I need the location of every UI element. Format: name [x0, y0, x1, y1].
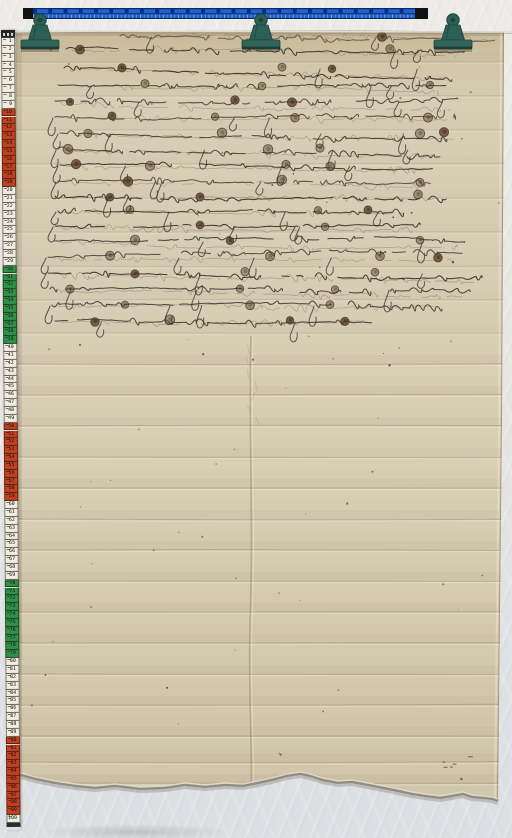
ruler-cm-box: 72 [5, 595, 19, 603]
ruler-cm-box: 51 [4, 430, 18, 438]
ruler-cm-box: 41 [3, 352, 17, 360]
ruler-cm-box: 66 [5, 548, 19, 556]
ruler-cm-box: 68 [5, 564, 19, 572]
ruler-cm-box: 42 [3, 360, 17, 368]
ruler-cm-box: 86 [6, 705, 20, 713]
ruler-cm-box: 12 [2, 124, 16, 132]
ruler-cm-box: 50 [4, 423, 18, 431]
ruler-cm-box: 67 [5, 556, 19, 564]
ruler-cm-box: 59 [4, 493, 18, 501]
ruler-cm-box: 31 [3, 273, 17, 281]
ruler-cm-box: 4 [1, 61, 15, 69]
manuscript-photo-svg [0, 0, 512, 838]
ruler-cm-box: 58 [4, 485, 18, 493]
ruler-cm-box: 52 [4, 438, 18, 446]
ruler-cm-box: 47 [4, 399, 18, 407]
ruler-cm-box: 79 [5, 650, 19, 658]
ruler-cm-box: 21 [2, 195, 16, 203]
top-ruler-blue [23, 8, 428, 19]
ruler-cm-box: 3 [1, 54, 15, 62]
ruler-cm-box: 40 [3, 344, 17, 352]
ruler-cm-box: 37 [3, 320, 17, 328]
ruler-cm-box: 18 [2, 171, 16, 179]
ruler-cm-box: 11 [2, 116, 16, 124]
ruler-cm-box: 78 [5, 642, 19, 650]
ruler-cm-box: 55 [4, 462, 18, 470]
ruler-cm-box: 95 [6, 776, 20, 784]
ruler-cm-box: 7 [1, 85, 15, 93]
ruler-cm-box: 36 [3, 313, 17, 321]
ruler-cm-box: 96 [6, 784, 20, 792]
ruler-cm-box: 48 [4, 407, 18, 415]
ruler-cm-box: 76 [5, 627, 19, 635]
ruler-cm-box: 34 [3, 297, 17, 305]
ruler-cm-box: 54 [4, 454, 18, 462]
ruler-cm-box: 64 [5, 532, 19, 540]
ruler-cm-box: 57 [4, 477, 18, 485]
ruler-cm-box: 81 [5, 666, 19, 674]
ruler-cm-box: 44 [3, 375, 17, 383]
ruler-cm-box: 14 [2, 140, 16, 148]
ruler-cm-box: 65 [5, 540, 19, 548]
ruler-cm-box: 28 [3, 250, 17, 258]
ruler-cm-box: 56 [4, 470, 18, 478]
ruler-cm-box: 75 [5, 619, 19, 627]
ruler-cm-box: 91 [6, 744, 20, 752]
ruler-cm-box: 19 [2, 179, 16, 187]
ruler-cm-box: 1 [1, 38, 15, 46]
ruler-cm-box: 29 [3, 258, 17, 266]
ruler-cm-box: 10 [2, 109, 16, 117]
ruler-cm-box: 94 [6, 768, 20, 776]
ruler-cm-box: 17 [2, 163, 16, 171]
ruler-cm-box: 38 [3, 328, 17, 336]
ruler-cm-box: 77 [5, 634, 19, 642]
ruler-cm-box: 63 [4, 525, 18, 533]
ruler-cm-box: 60 [4, 501, 18, 509]
ruler-cm-box: 25 [2, 226, 16, 234]
ruler-cm-box: 53 [4, 446, 18, 454]
ruler-cm-box: 90 [6, 737, 20, 745]
ruler-cm-box: 6 [1, 77, 15, 85]
ruler-cm-box: 30 [3, 266, 17, 274]
ruler-cm-box: 89 [6, 729, 20, 737]
ruler-cm-box: 24 [2, 218, 16, 226]
ruler-cm-box: 74 [5, 611, 19, 619]
ruler-cm-box: 85 [6, 697, 20, 705]
ruler-cm-box: 22 [2, 203, 16, 211]
ruler-cm-box: 97 [6, 791, 20, 799]
ruler-cm-box: 43 [3, 368, 17, 376]
ruler-cm-box: 13 [2, 132, 16, 140]
ruler-cm-box: 69 [5, 572, 19, 580]
ruler-cm-box: 98 [6, 799, 20, 807]
ruler-cm-box: 26 [2, 234, 16, 242]
photo-stage: 1234567891011121314151617181920212223242… [0, 0, 512, 838]
ruler-cm-box: 15 [2, 148, 16, 156]
ruler-cm-box: 100 [6, 815, 20, 823]
ruler-end-cap [7, 823, 21, 827]
ruler-cm-box: 45 [3, 383, 17, 391]
ruler-cm-box: 32 [3, 281, 17, 289]
ruler-cm-box: 49 [4, 415, 18, 423]
backdrop-shadow-smudge [40, 824, 230, 838]
ruler-cm-box: 62 [4, 517, 18, 525]
ruler-cm-box: 83 [6, 682, 20, 690]
ruler-cm-box: 99 [6, 807, 20, 815]
ruler-header [1, 30, 15, 38]
ruler-cm-box: 33 [3, 289, 17, 297]
ruler-cm-box: 71 [5, 587, 19, 595]
ruler-cm-box: 16 [2, 156, 16, 164]
ruler-cm-box: 39 [3, 336, 17, 344]
ruler-cm-box: 5 [1, 69, 15, 77]
ruler-cm-box: 2 [1, 46, 15, 54]
ruler-cm-box: 46 [4, 391, 18, 399]
ruler-cm-box: 70 [5, 580, 19, 588]
ruler-cm-box: 20 [2, 187, 16, 195]
ruler-cm-box: 9 [1, 101, 15, 109]
ruler-cm-box: 82 [5, 674, 19, 682]
ruler-cm-box: 93 [6, 760, 20, 768]
ruler-cm-box: 61 [4, 509, 18, 517]
ruler-cm-box: 35 [3, 305, 17, 313]
ruler-cm-box: 87 [6, 713, 20, 721]
ruler-cm-box: 27 [2, 242, 16, 250]
ruler-cm-box: 8 [1, 93, 15, 101]
ruler-cm-box: 80 [5, 658, 19, 666]
ruler-cm-box: 92 [6, 752, 20, 760]
ruler-cm-box: 88 [6, 721, 20, 729]
ruler-cm-box: 23 [2, 211, 16, 219]
ruler-cm-box: 73 [5, 603, 19, 611]
ruler-cm-box: 84 [6, 689, 20, 697]
